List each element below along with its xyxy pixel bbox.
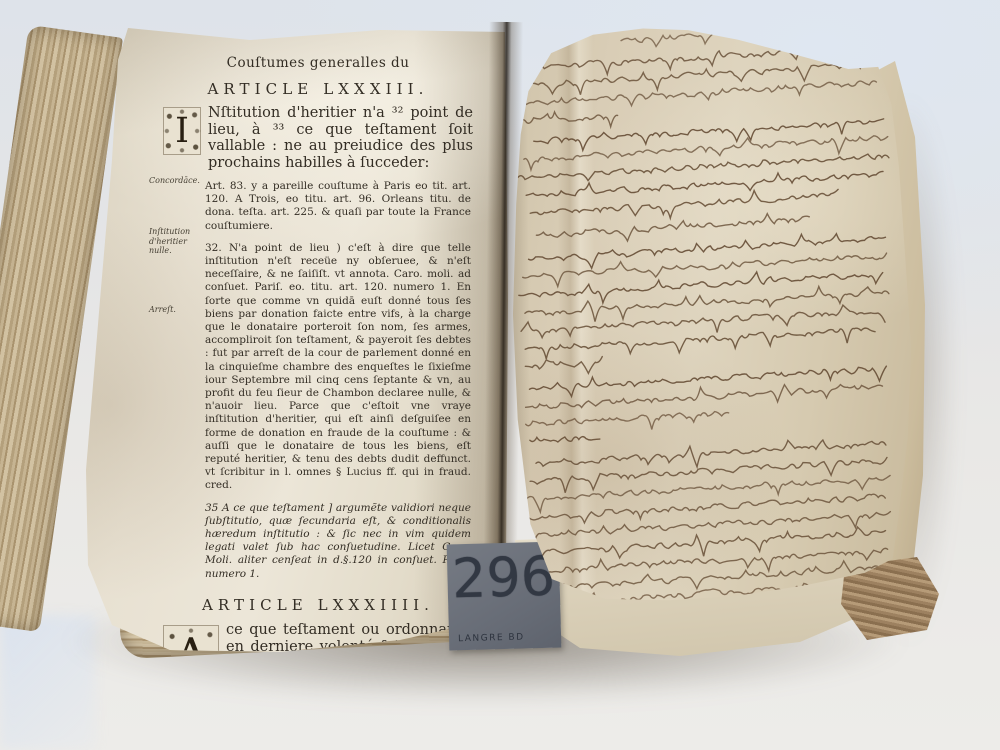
- margin-note-institution-nulle: Inſtitution d'heritier nulle.: [149, 227, 201, 256]
- inventory-label-code: LANGRE BD: [458, 632, 525, 644]
- article-83-opening-text: Nſtitution d'heritier n'a ³² point de li…: [208, 105, 473, 171]
- article-83-opening: INſtitution d'heritier n'a ³² point de l…: [163, 105, 473, 171]
- commentary-concordance: Art. 83. y a pareille couſtume à Paris e…: [205, 180, 471, 233]
- commentary-gloss-35-latin: 35 A ce que teſtament ] argumẽte validio…: [205, 502, 471, 581]
- manuscript-page: [503, 17, 917, 620]
- margin-note-concordance: Concordāce.: [149, 176, 201, 186]
- drop-cap-initial: I: [163, 107, 201, 155]
- printed-page: Concordāce. Inſtitution d'heritier nulle…: [55, 15, 515, 665]
- handwriting-strokes: [503, 17, 917, 620]
- article-83-title: ARTICLE LXXXIII.: [163, 80, 473, 98]
- article-84-title: ARTICLE LXXXIIII.: [163, 596, 473, 614]
- commentary-gloss-32: 32. N'a point de lieu ) c'eſt à dire que…: [205, 242, 471, 493]
- margin-note-arrest: Arreſt.: [149, 305, 201, 315]
- running-header: Couſtumes generalles du: [163, 55, 473, 71]
- photo-scene: Concordāce. Inſtitution d'heritier nulle…: [0, 0, 1000, 750]
- commentary-column: Art. 83. y a pareille couſtume à Paris e…: [205, 180, 471, 581]
